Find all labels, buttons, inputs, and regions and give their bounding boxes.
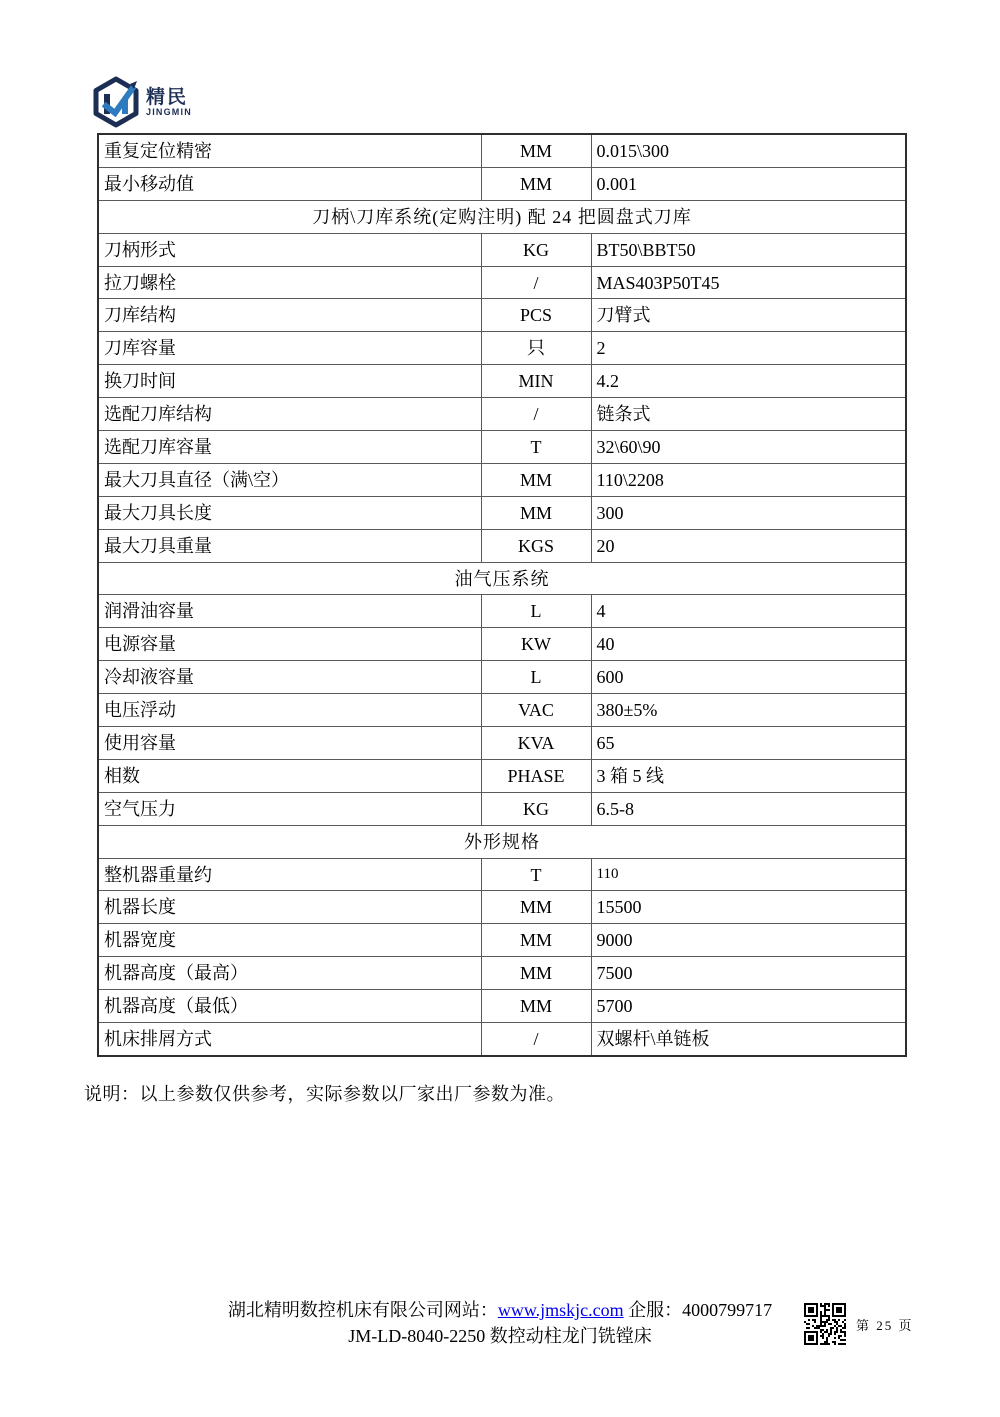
spec-label: 润滑油容量 [98,595,481,628]
spec-value: 65 [591,727,906,760]
spec-label: 机床排屑方式 [98,1023,481,1056]
spec-unit: MIN [481,365,591,398]
spec-unit: MM [481,463,591,496]
spec-value: 链条式 [591,398,906,431]
spec-row: 机器宽度MM9000 [98,924,906,957]
section-row: 油气压系统 [98,562,906,595]
spec-table: 重复定位精密MM0.015\300最小移动值MM0.001刀柄\刀库系统(定购注… [97,133,907,1057]
spec-label: 选配刀库结构 [98,398,481,431]
spec-row: 选配刀库容量T32\60\90 [98,431,906,464]
section-title: 油气压系统 [98,562,906,595]
spec-value: 15500 [591,891,906,924]
spec-row: 最大刀具长度MM300 [98,496,906,529]
spec-unit: MM [481,990,591,1023]
spec-value: MAS403P50T45 [591,266,906,299]
spec-row: 机器高度（最高）MM7500 [98,957,906,990]
spec-unit: KW [481,628,591,661]
logo-hexagon-icon [90,76,142,128]
spec-label: 最小移动值 [98,167,481,200]
spec-row: 电压浮动VAC380±5% [98,694,906,727]
section-row: 刀柄\刀库系统(定购注明) 配 24 把圆盘式刀库 [98,200,906,233]
spec-unit: KG [481,233,591,266]
spec-label: 使用容量 [98,727,481,760]
spec-row: 润滑油容量L4 [98,595,906,628]
spec-value: 0.015\300 [591,134,906,167]
spec-row: 重复定位精密MM0.015\300 [98,134,906,167]
spec-value: 6.5-8 [591,792,906,825]
spec-unit: VAC [481,694,591,727]
spec-unit: MM [481,167,591,200]
spec-unit: L [481,595,591,628]
footer-line2: JM-LD-8040-2250 数控动柱龙门铣镗床 [0,1323,1000,1349]
spec-label: 电源容量 [98,628,481,661]
spec-label: 选配刀库容量 [98,431,481,464]
spec-value: 0.001 [591,167,906,200]
qr-code-icon [804,1303,846,1345]
spec-row: 最大刀具直径（满\空）MM110\2208 [98,463,906,496]
spec-label: 最大刀具重量 [98,529,481,562]
spec-unit: T [481,431,591,464]
spec-row: 空气压力KG6.5-8 [98,792,906,825]
spec-label: 刀库结构 [98,299,481,332]
spec-row: 刀库结构PCS刀臂式 [98,299,906,332]
spec-table-body: 重复定位精密MM0.015\300最小移动值MM0.001刀柄\刀库系统(定购注… [98,134,906,1056]
spec-label: 最大刀具长度 [98,496,481,529]
spec-label: 换刀时间 [98,365,481,398]
spec-value: 7500 [591,957,906,990]
spec-row: 机床排屑方式/双螺杆\单链板 [98,1023,906,1056]
spec-row: 刀柄形式KGBT50\BBT50 [98,233,906,266]
spec-row: 选配刀库结构/链条式 [98,398,906,431]
spec-unit: / [481,266,591,299]
spec-row: 最小移动值MM0.001 [98,167,906,200]
spec-unit: L [481,661,591,694]
spec-row: 机器长度MM15500 [98,891,906,924]
spec-row: 电源容量KW40 [98,628,906,661]
spec-value: 双螺杆\单链板 [591,1023,906,1056]
spec-label: 拉刀螺栓 [98,266,481,299]
footer-text: 湖北精明数控机床有限公司网站：www.jmskjc.com 企服：4000799… [0,1297,1000,1349]
spec-label: 电压浮动 [98,694,481,727]
spec-unit: MM [481,957,591,990]
spec-unit: / [481,1023,591,1056]
spec-row: 使用容量KVA65 [98,727,906,760]
spec-row: 刀库容量只2 [98,332,906,365]
spec-value: 20 [591,529,906,562]
spec-unit: KVA [481,727,591,760]
spec-label: 相数 [98,759,481,792]
document-page: 精民 JINGMIN 重复定位精密MM0.015\300最小移动值MM0.001… [0,0,1000,1417]
spec-value: 9000 [591,924,906,957]
spec-value: 380±5% [591,694,906,727]
spec-unit: KG [481,792,591,825]
footer-phone: 企服：4000799717 [624,1300,773,1320]
spec-unit: PHASE [481,759,591,792]
spec-unit: MM [481,891,591,924]
spec-value: 40 [591,628,906,661]
spec-value: 2 [591,332,906,365]
spec-row: 换刀时间MIN4.2 [98,365,906,398]
spec-row: 机器高度（最低）MM5700 [98,990,906,1023]
page-footer: 湖北精明数控机床有限公司网站：www.jmskjc.com 企服：4000799… [0,1297,1000,1349]
spec-value: 4 [591,595,906,628]
spec-label: 机器宽度 [98,924,481,957]
spec-value: 3 箱 5 线 [591,759,906,792]
spec-unit: KGS [481,529,591,562]
spec-unit: T [481,858,591,891]
spec-value: 600 [591,661,906,694]
logo-brand-en: JINGMIN [146,108,192,117]
footer-line1: 湖北精明数控机床有限公司网站：www.jmskjc.com 企服：4000799… [0,1297,1000,1323]
section-row: 外形规格 [98,825,906,858]
spec-value: 刀臂式 [591,299,906,332]
spec-row: 冷却液容量L600 [98,661,906,694]
spec-label: 整机器重量约 [98,858,481,891]
company-logo: 精民 JINGMIN [90,76,192,128]
spec-label: 刀库容量 [98,332,481,365]
spec-value: 32\60\90 [591,431,906,464]
spec-value: 300 [591,496,906,529]
spec-unit: MM [481,134,591,167]
spec-label: 最大刀具直径（满\空） [98,463,481,496]
spec-value: 4.2 [591,365,906,398]
footer-company: 湖北精明数控机床有限公司网站： [228,1300,498,1320]
section-title: 外形规格 [98,825,906,858]
spec-unit: PCS [481,299,591,332]
spec-unit: MM [481,924,591,957]
spec-label: 机器长度 [98,891,481,924]
spec-row: 最大刀具重量KGS20 [98,529,906,562]
website-link[interactable]: www.jmskjc.com [498,1300,624,1320]
spec-label: 机器高度（最低） [98,990,481,1023]
section-title: 刀柄\刀库系统(定购注明) 配 24 把圆盘式刀库 [98,200,906,233]
spec-label: 机器高度（最高） [98,957,481,990]
spec-label: 冷却液容量 [98,661,481,694]
spec-unit: MM [481,496,591,529]
spec-label: 刀柄形式 [98,233,481,266]
spec-row: 整机器重量约T110 [98,858,906,891]
spec-value: 110 [591,858,906,891]
spec-unit: / [481,398,591,431]
spec-value: BT50\BBT50 [591,233,906,266]
spec-label: 重复定位精密 [98,134,481,167]
spec-row: 相数PHASE3 箱 5 线 [98,759,906,792]
spec-row: 拉刀螺栓/MAS403P50T45 [98,266,906,299]
spec-unit: 只 [481,332,591,365]
page-number: 第 25 页 [856,1315,914,1334]
logo-brand-cn: 精民 [146,88,192,107]
spec-value: 110\2208 [591,463,906,496]
disclaimer-note: 说明：以上参数仅供参考，实际参数以厂家出厂参数为准。 [84,1080,565,1106]
spec-label: 空气压力 [98,792,481,825]
spec-value: 5700 [591,990,906,1023]
